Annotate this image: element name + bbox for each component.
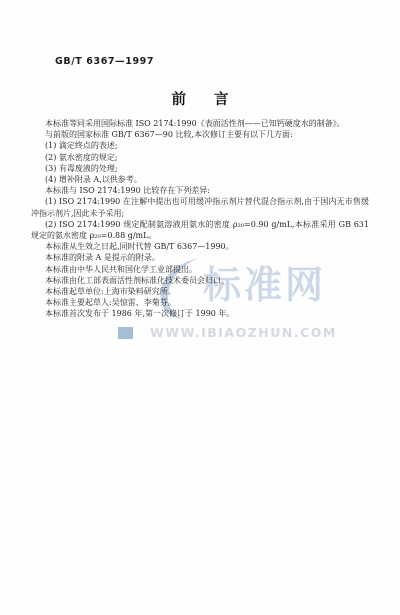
foreword-paragraph: 本标准与 ISO 2174:1990 比较存在下列差异: [31,185,369,196]
foreword-paragraph: (2) 氨水密度的规定; [31,152,369,163]
foreword-paragraph: (4) 增补附录 A,以供参考。 [31,174,369,185]
foreword-paragraph: 本标准的附录 A 是提示的附录。 [31,252,369,263]
standard-number: GB/T 6367—1997 [55,56,154,67]
foreword-paragraph: (3) 有毒废液的处理; [31,163,369,174]
foreword-paragraph: (2) ISO 2174:1990 规定配制氨溶液用氨水的密度 ρ₂₀=0.90… [31,219,369,241]
foreword-paragraph: (1) ISO 2174:1990 在注解中提出也可用缓冲指示剂片替代混合指示剂… [31,196,369,218]
foreword-title: 前言 [0,88,400,109]
document-page: 标准网 WWW.IBIAOZHUN.COM GB/T 6367—1997 前言 … [0,0,400,615]
foreword-title-text: 前言 [172,91,257,108]
foreword-paragraph: 本标准主要起草人:吴惊雷、李菊芬。 [31,297,369,308]
foreword-paragraph: 本标准由化工部表面活性剂标准化技术委员会归口。 [31,275,369,286]
foreword-paragraph: 本标准从生效之日起,同时代替 GB/T 6367—1990。 [31,241,369,252]
foreword-paragraph: 本标准首次发布于 1986 年,第一次修订于 1990 年。 [31,308,369,319]
foreword-paragraph: 与前版的国家标准 GB/T 6367—90 比较,本次修订主要有以下几方面: [31,129,369,140]
foreword-paragraph: (1) 滴定终点的表述; [31,140,369,151]
foreword-paragraph: 本标准等同采用国际标准 ISO 2174:1990《表面活性剂——已知钙硬度水的… [31,118,369,129]
foreword-paragraph: 本标准由中华人民共和国化学工业部提出。 [31,264,369,275]
foreword-paragraph: 本标准起草单位:上海市染料研究所。 [31,286,369,297]
foreword-body: 本标准等同采用国际标准 ISO 2174:1990《表面活性剂——已知钙硬度水的… [31,118,369,320]
document-content: GB/T 6367—1997 前言 本标准等同采用国际标准 ISO 2174:1… [0,0,400,615]
